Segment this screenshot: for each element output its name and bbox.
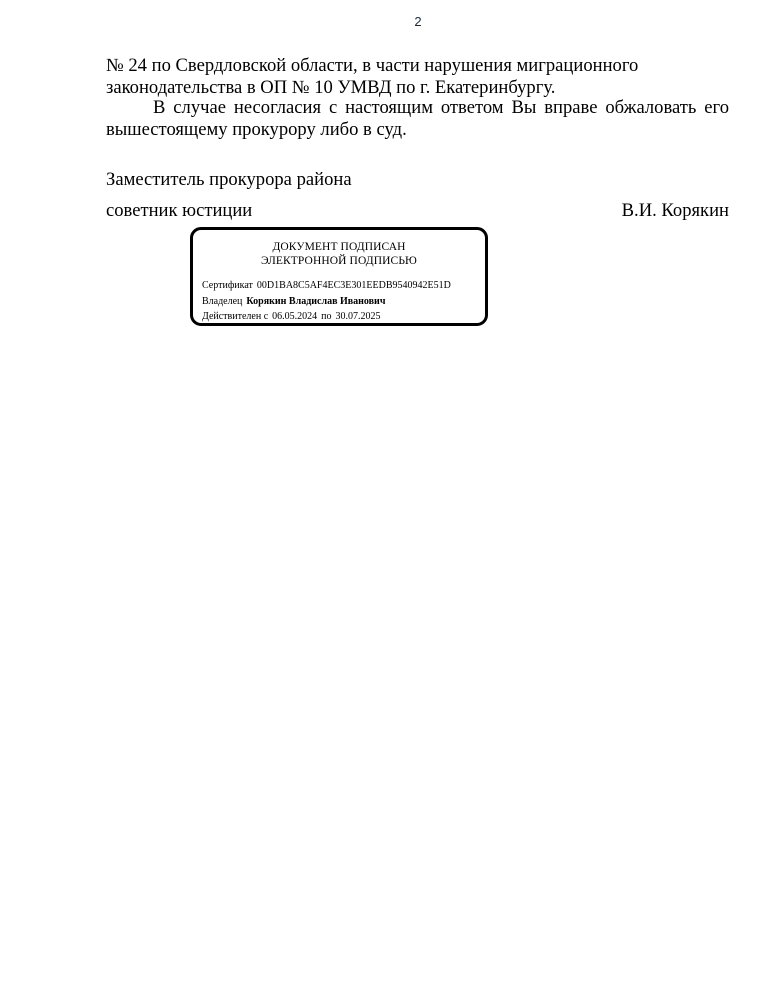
signature-position-line: Заместитель прокурора района xyxy=(106,169,729,190)
stamp-title: ДОКУМЕНТ ПОДПИСАН ЭЛЕКТРОННОЙ ПОДПИСЬЮ xyxy=(193,240,485,268)
stamp-title-line: ДОКУМЕНТ ПОДПИСАН xyxy=(193,240,485,254)
page-number: 2 xyxy=(0,14,778,29)
stamp-certificate-row: Сертификат00D1BA8C5AF4EC3E301EEDB9540942… xyxy=(202,278,485,294)
electronic-signature-stamp: ДОКУМЕНТ ПОДПИСАН ЭЛЕКТРОННОЙ ПОДПИСЬЮ С… xyxy=(190,227,488,326)
stamp-owner-row: ВладелецКорякин Владислав Иванович xyxy=(202,294,485,310)
valid-label: Действителен с xyxy=(202,311,268,322)
signatory-position: Заместитель прокурора района xyxy=(106,169,352,190)
paragraph-line: законодательства в ОП № 10 УМВД по г. Ек… xyxy=(106,77,729,99)
signatory-rank: советник юстиции xyxy=(106,200,252,221)
paragraph-text: В случае несогласия с настоящим ответом … xyxy=(106,97,729,140)
stamp-details: Сертификат00D1BA8C5AF4EC3E301EEDB9540942… xyxy=(193,278,485,325)
stamp-title-line: ЭЛЕКТРОННОЙ ПОДПИСЬЮ xyxy=(193,254,485,268)
owner-label: Владелец xyxy=(202,296,242,307)
valid-to-label: по xyxy=(321,311,331,322)
certificate-label: Сертификат xyxy=(202,280,253,291)
certificate-value: 00D1BA8C5AF4EC3E301EEDB9540942E51D xyxy=(257,280,451,291)
paragraph-violation-reference: № 24 по Свердловской области, в части на… xyxy=(106,55,729,98)
valid-from: 06.05.2024 xyxy=(272,311,317,322)
signatory-name: В.И. Корякин xyxy=(622,200,729,221)
owner-value: Корякин Владислав Иванович xyxy=(246,296,385,307)
paragraph-line: № 24 по Свердловской области, в части на… xyxy=(106,55,729,77)
signature-rank-line: советник юстиции В.И. Корякин xyxy=(106,200,729,221)
paragraph-appeal-notice: В случае несогласия с настоящим ответом … xyxy=(106,97,729,140)
valid-to: 30.07.2025 xyxy=(336,311,381,322)
stamp-validity-row: Действителен с06.05.2024по30.07.2025 xyxy=(202,309,485,325)
